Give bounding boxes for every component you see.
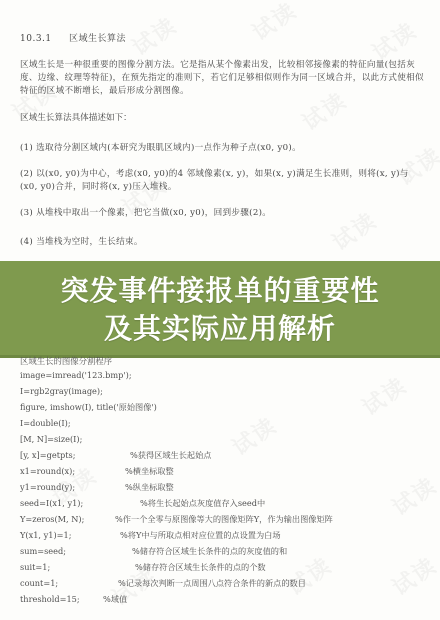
code-line: count=1;: [20, 578, 58, 588]
step-3: (3) 从堆栈中取出一个像素，把它当做(x0, y0)，回到步骤(2)。: [20, 207, 271, 220]
code-line: y1=round(y);: [20, 482, 75, 492]
step-1: (1) 选取待分割区域内(本研究为眼肌区域内)一点作为种子点(x0, y0)。: [20, 142, 301, 155]
title-banner: 突发事件接报单的重要性 及其实际应用解析: [0, 261, 440, 358]
code-line: [M, N]=size(I);: [20, 434, 82, 444]
document-page: 试读 试读 试读 试读 试读 试读 试读 试读 试读 试读 试读 试读 试读 试…: [0, 0, 440, 620]
code-line: seed=I(x1, y1);: [20, 498, 83, 508]
code-line: x1=round(x);: [20, 466, 75, 476]
code-line: figure, imshow(I), title('原始图像'): [20, 402, 157, 413]
code-comment: %将Y中与所取点相对应位置的点设置为白场: [120, 530, 281, 541]
watermark: 试读: [355, 369, 412, 422]
code-comment: %获得区域生长起始点: [130, 450, 211, 461]
watermark: 试读: [225, 409, 282, 462]
code-line: sum=seed;: [20, 546, 66, 556]
banner-title-line-2: 及其实际应用解析: [104, 310, 336, 348]
code-line: I=double(I);: [20, 418, 71, 428]
watermark: 试读: [385, 469, 440, 522]
code-line: [y, x]=getpts;: [20, 450, 75, 460]
code-line: Y=zeros(M, N);: [20, 514, 84, 524]
code-comment: %储存符合区域生长条件的点的个数: [135, 562, 266, 573]
code-comment: %横坐标取整: [125, 466, 174, 477]
section-title: 区域生长算法: [69, 34, 126, 44]
watermark: 试读: [125, 9, 182, 62]
code-comment: %纵坐标取整: [125, 482, 174, 493]
code-line: threshold=15;: [20, 594, 80, 604]
watermark: 试读: [325, 204, 382, 257]
code-comment: %将生长起始点灰度值存入seed中: [140, 498, 265, 509]
watermark: 试读: [385, 549, 440, 602]
code-line: image=imread('123.bmp');: [20, 370, 132, 380]
code-comment: %作一个全零与原图像等大的图像矩阵Y，作为输出图像矩阵: [115, 514, 333, 525]
section-number: 10.3.1: [20, 34, 52, 44]
code-line: I=rgb2gray(image);: [20, 386, 103, 396]
code-comment: %储存符合区域生长条件的点的灰度值的和: [132, 546, 287, 557]
watermark: 试读: [245, 0, 302, 47]
code-caption: 区域生长的图像分割程序: [20, 355, 112, 368]
code-line: Y(x1, y1)=1;: [20, 530, 72, 540]
banner-title-line-1: 突发事件接报单的重要性: [60, 272, 379, 310]
watermark: 试读: [280, 549, 337, 602]
body-paragraph: 区域生长是一种很重要的图像分割方法。它是指从某个像素出发，比较相邻接像素的特征向…: [20, 59, 425, 98]
code-line: suit=1;: [20, 562, 50, 572]
steps-intro: 区域生长算法具体描述如下：: [20, 112, 132, 125]
code-comment: %域值: [103, 594, 127, 605]
section-heading: 10.3.1 区域生长算法: [20, 33, 126, 46]
step-2: (2) 以(x0, y0)为中心，考虑(x0, y0)的4 邻域像素(x, y)…: [20, 168, 425, 194]
code-comment: %记录每次判断一点周围八点符合条件的新点的数目: [118, 578, 306, 589]
step-4: (4) 当堆栈为空时，生长结束。: [20, 236, 143, 249]
